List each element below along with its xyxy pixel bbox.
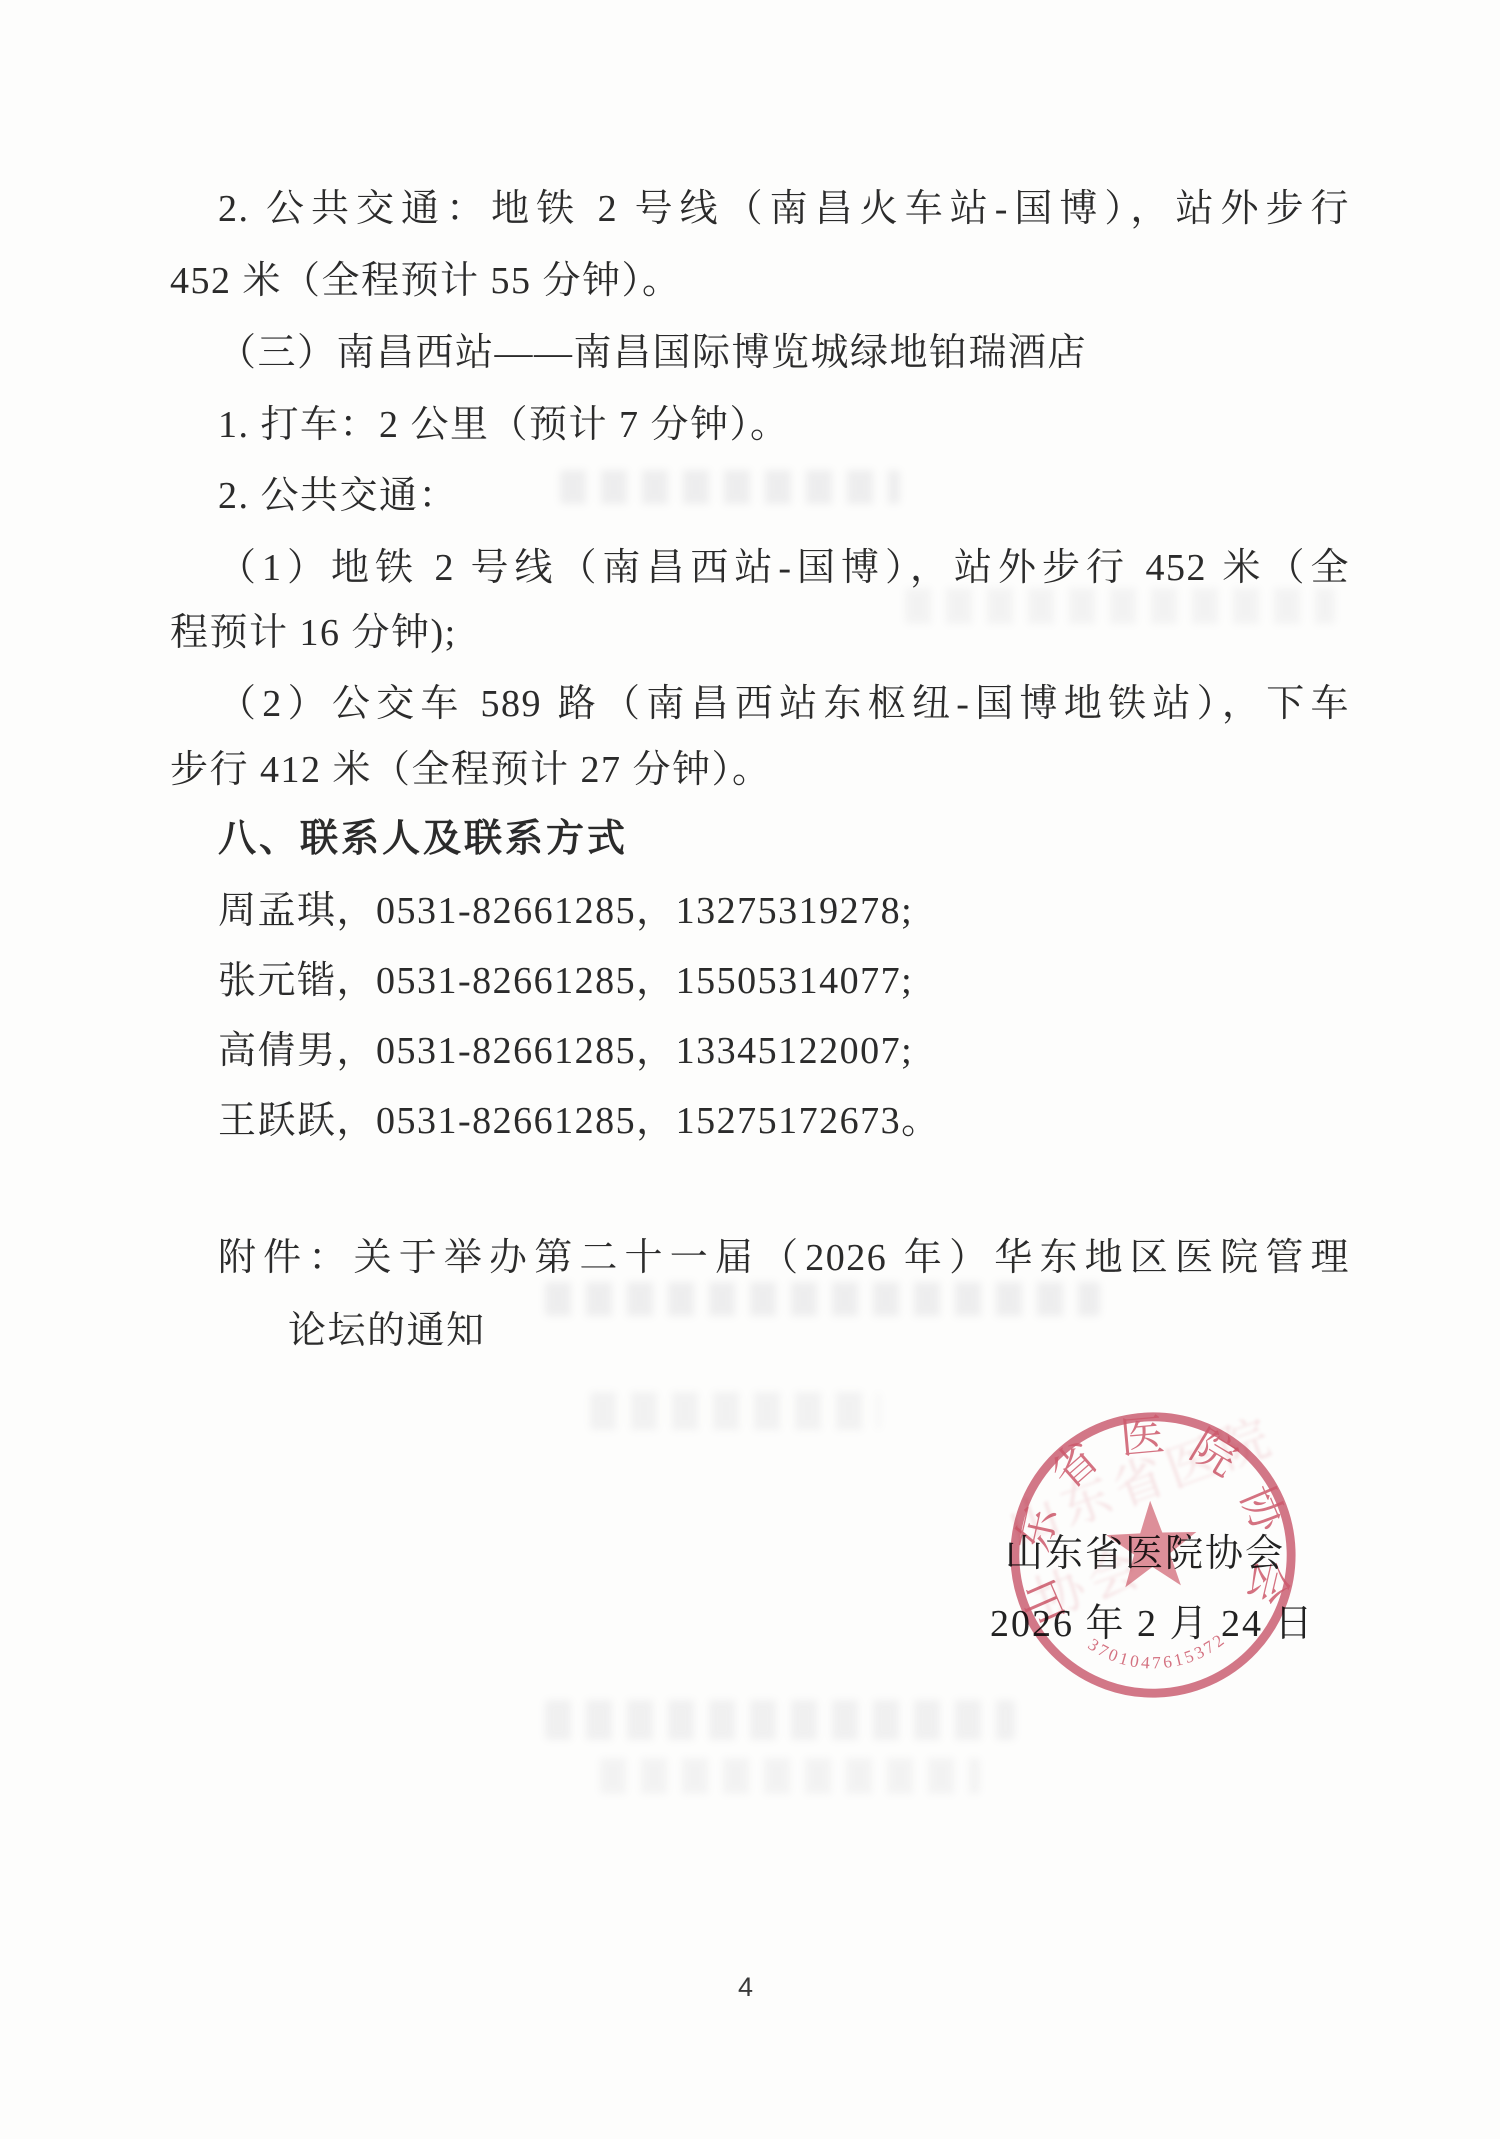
paragraph-line: 452 米（全程预计 55 分钟）。: [170, 258, 1350, 304]
contact-line: 高倩男，0531-82661285，13345122007;: [170, 1028, 1350, 1074]
bleed-through-artifact: [560, 470, 900, 504]
bleed-through-artifact: [545, 1700, 1015, 1740]
seal-serial-number: 3701047615372: [1084, 1630, 1228, 1675]
svg-text:3701047615372: 3701047615372: [1084, 1630, 1228, 1675]
paragraph-line: （2）公交车 589 路（南昌西站东枢纽-国博地铁站），下车: [170, 681, 1350, 727]
contact-line: 张元锴，0531-82661285，15505314077;: [170, 958, 1350, 1004]
scanned-document-page: 2. 公共交通：地铁 2 号线（南昌火车站-国博），站外步行 452 米（全程预…: [0, 0, 1500, 2139]
bleed-through-artifact: [600, 1758, 980, 1794]
section-heading-contacts: 八、联系人及联系方式: [170, 816, 1350, 862]
contact-line: 王跃跃，0531-82661285，15275172673。: [170, 1098, 1350, 1144]
page-number: 4: [738, 1972, 753, 2003]
paragraph-line: （三）南昌西站——南昌国际博览城绿地铂瑞酒店: [170, 330, 1350, 376]
bleed-through-artifact: [545, 1282, 1100, 1316]
attachment-line: 附件：关于举办第二十一届（2026 年）华东地区医院管理: [170, 1235, 1350, 1281]
paragraph-line: 1. 打车：2 公里（预计 7 分钟）。: [170, 402, 1350, 448]
bleed-through-artifact: [590, 1392, 880, 1430]
star-icon: [1105, 1499, 1198, 1588]
paragraph-line: 步行 412 米（全程预计 27 分钟）。: [170, 747, 1350, 793]
paragraph-line: 2. 公共交通：地铁 2 号线（南昌火车站-国博），站外步行: [170, 186, 1350, 232]
bleed-through-artifact: [905, 588, 1335, 624]
official-seal-stamp: 山东省医院协会 3701047615372: [1000, 1402, 1306, 1708]
contact-line: 周孟琪，0531-82661285，13275319278;: [170, 888, 1350, 934]
paragraph-line: （1）地铁 2 号线（南昌西站-国博），站外步行 452 米（全: [170, 545, 1350, 591]
